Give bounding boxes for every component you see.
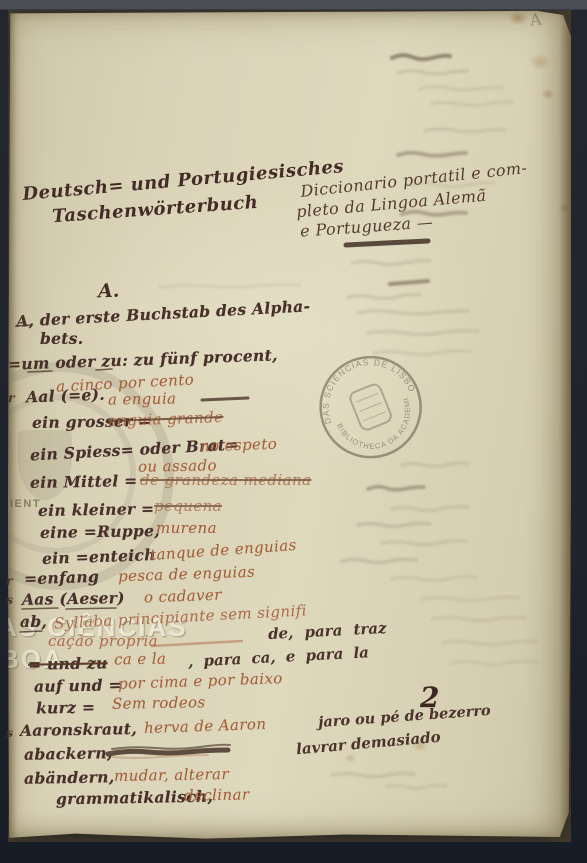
bleed-through-line (402, 212, 466, 215)
bleed-through-line (358, 523, 430, 526)
bleed-through-line (422, 597, 518, 600)
manuscript-scan: IENT AS CIÊNCIAS BOA A Deutsch= und Port… (0, 0, 587, 863)
bleed-through-line (398, 153, 466, 156)
bleed-through-line (368, 331, 478, 335)
bleed-through-line (402, 463, 468, 466)
bleed-through-line (342, 559, 416, 562)
bleed-through-line (368, 487, 424, 490)
bleed-through-layer (0, 0, 587, 863)
bleed-through-line (348, 295, 420, 299)
bleed-through-line (374, 351, 470, 355)
bleed-through-line (352, 261, 430, 265)
bleed-through-line (382, 541, 466, 545)
bleed-through-line (425, 129, 505, 132)
bleed-through-line (390, 281, 428, 284)
bleed-through-line (386, 785, 446, 788)
bleed-through-line (392, 507, 468, 511)
bleed-through-line (392, 577, 476, 581)
bleed-through-line (398, 71, 468, 74)
bleed-through-line (358, 311, 468, 314)
bleed-through-line (412, 183, 494, 187)
bleed-through-line (160, 285, 300, 287)
bleed-through-line (420, 87, 502, 90)
bleed-through-line (332, 773, 414, 776)
bleed-through-line (392, 55, 450, 59)
bleed-through-line (432, 617, 526, 620)
bleed-through-line (432, 102, 512, 106)
bleed-through-line (442, 641, 536, 644)
bleed-through-line (452, 661, 536, 664)
